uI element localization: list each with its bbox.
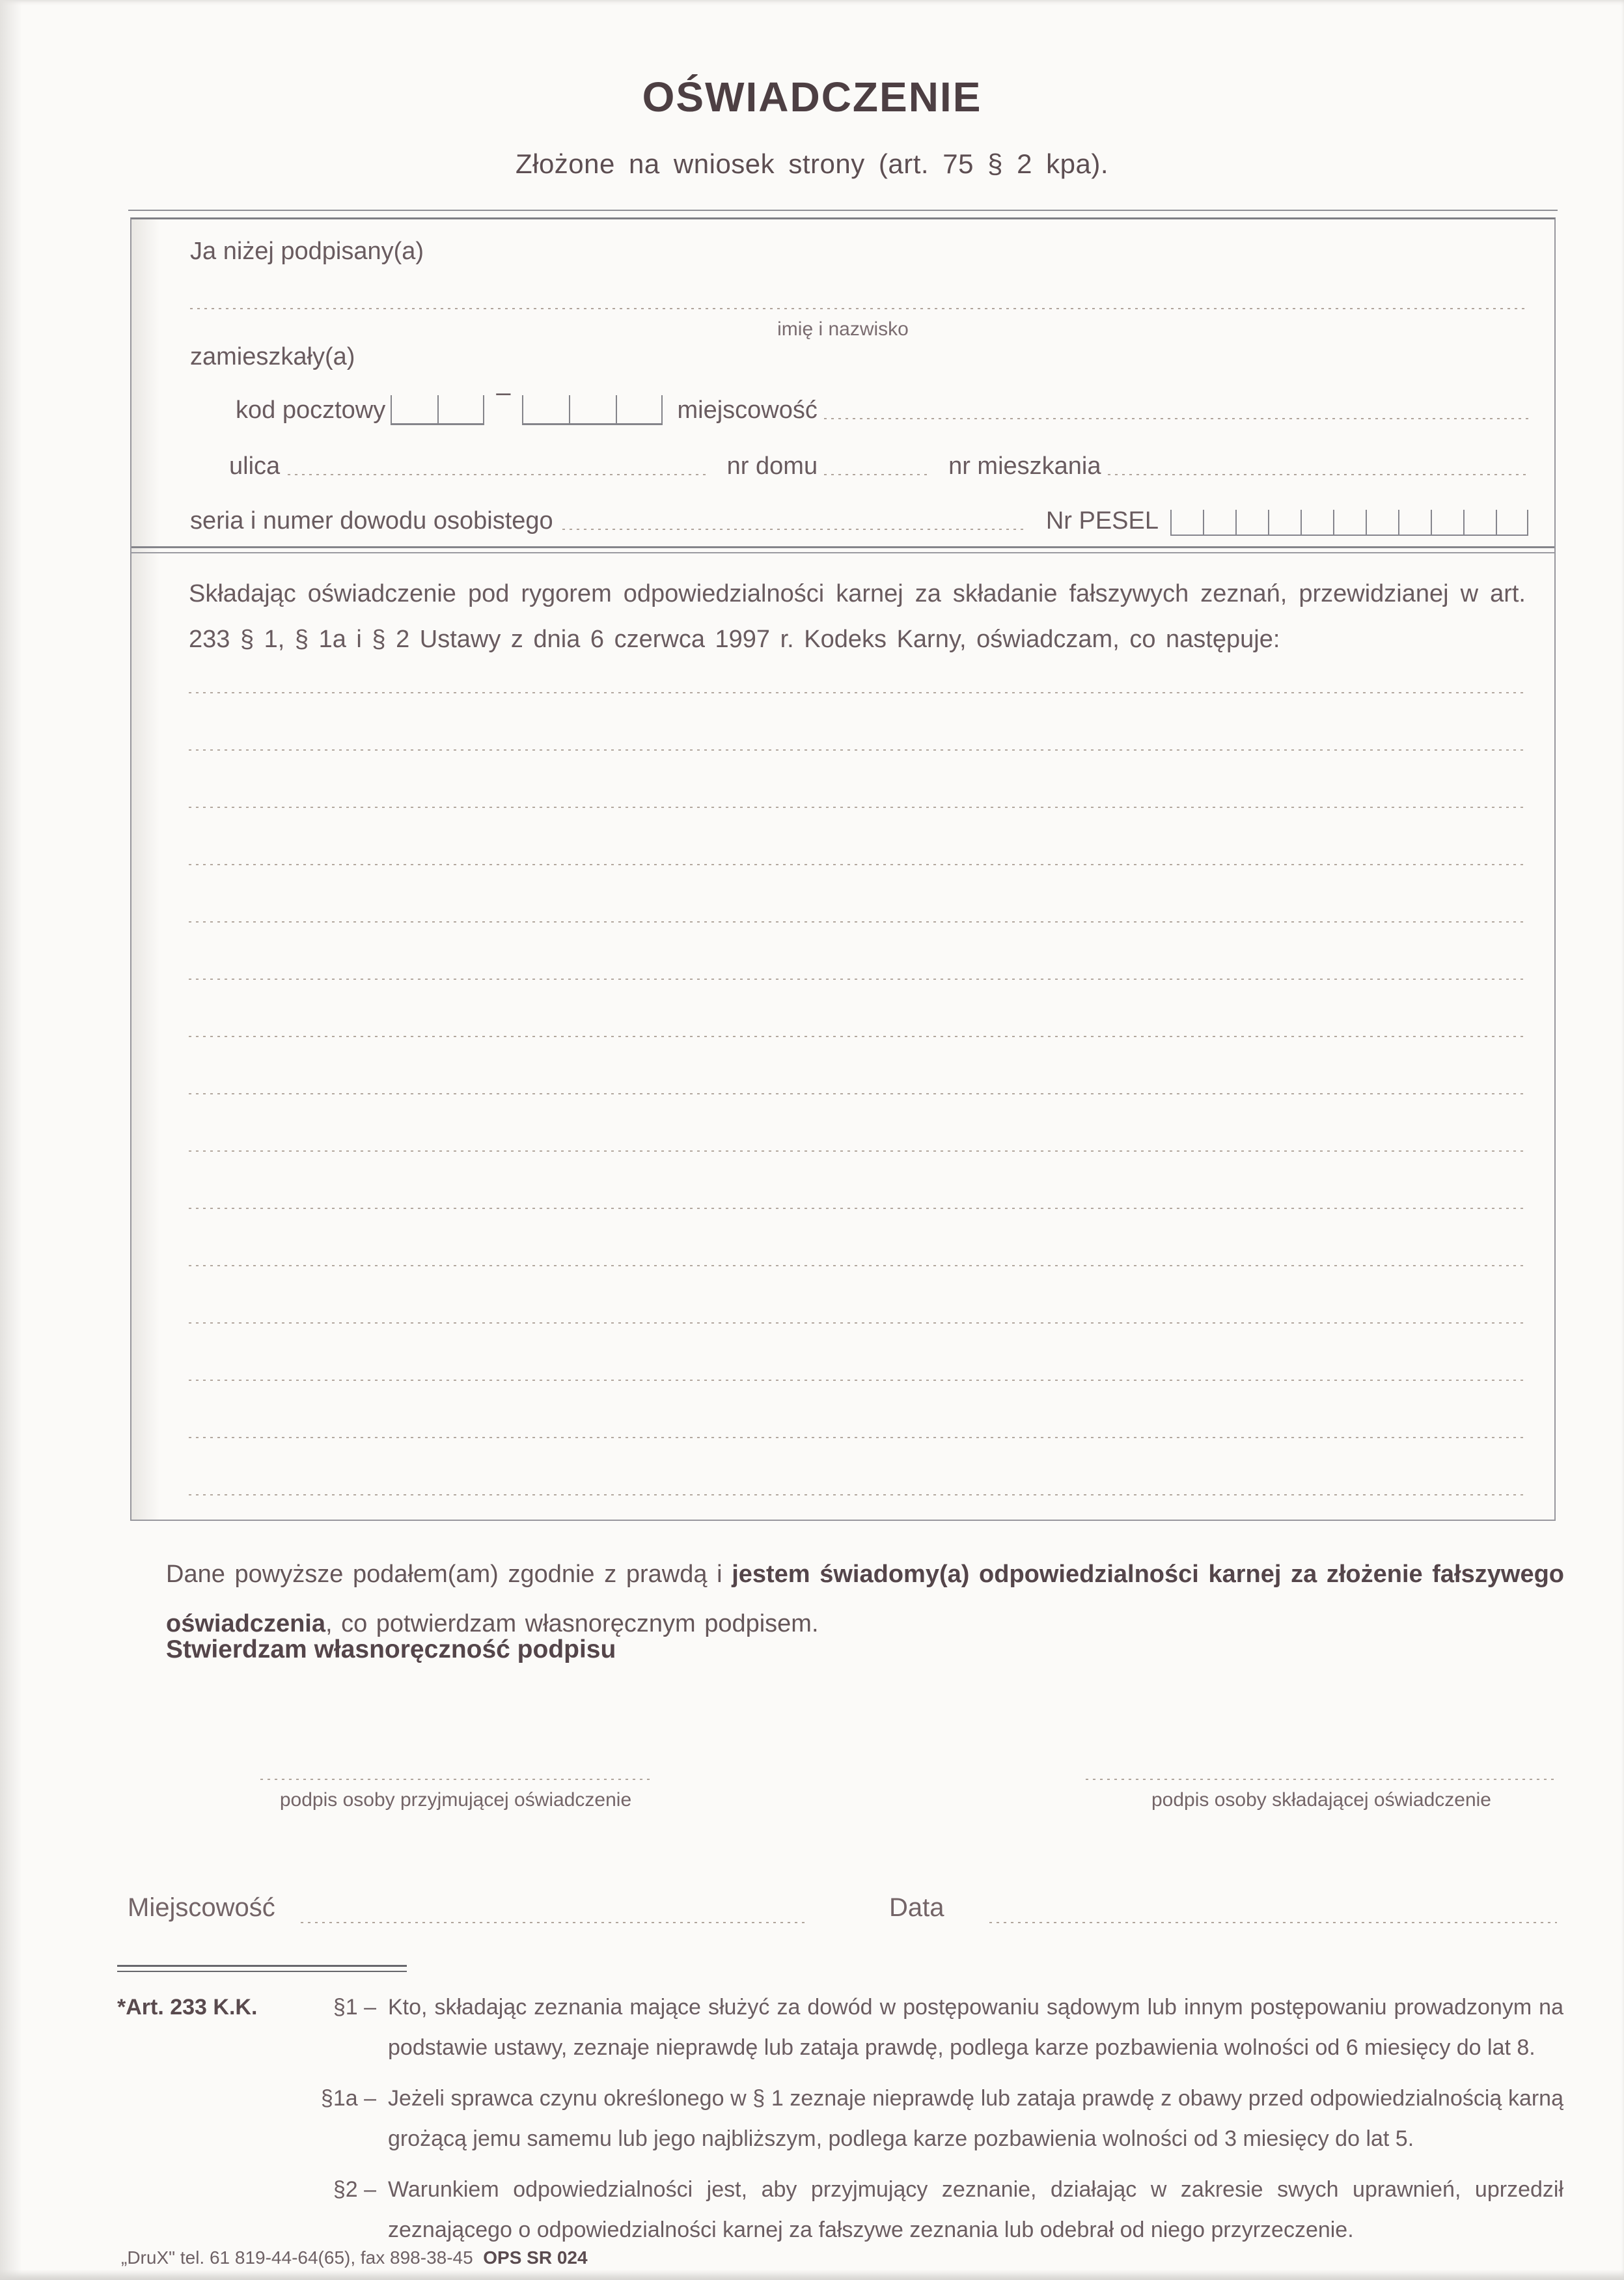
box-top-rule [128,210,1558,211]
city-input-line[interactable] [824,418,1528,419]
id-card-label: seria i numer dowodu osobistego [190,507,553,536]
page-title: OŚWIADCZENIE [0,73,1624,121]
postal-code-row: kod pocztowy – miejscowość [236,380,1528,425]
printer-info: „DruX" tel. 61 819-44-64(65), fax 898-38… [121,2247,473,2268]
digit-cell [1366,510,1398,536]
id-pesel-row: seria i numer dowodu osobistego Nr PESEL [190,507,1528,536]
postal-code-boxes-left[interactable] [391,395,484,425]
digit-cell [522,395,569,425]
form-code: OPS SR 024 [483,2247,587,2268]
signature-line-right[interactable] [1086,1779,1557,1780]
authenticity-heading: Stwierdzam własnoręczność podpisu [166,1635,616,1664]
street-label: ulica [229,452,280,481]
statement-writing-line[interactable] [189,1152,1526,1209]
statement-writing-line[interactable] [189,865,1526,923]
id-card-input-line[interactable] [562,529,1026,530]
statement-writing-area[interactable] [189,636,1526,1495]
statement-writing-line[interactable] [189,923,1526,980]
pesel-boxes[interactable] [1170,510,1528,536]
statement-writing-line[interactable] [189,980,1526,1037]
street-row: ulica nr domu nr mieszkania [229,452,1528,481]
digit-cell [569,395,616,425]
footnote-item: *Art. 233 K.K. §1 – Kto, składając zezna… [117,1987,1563,2068]
digit-cell [1463,510,1496,536]
footnote-item: §1a – Jeżeli sprawca czynu określonego w… [117,2078,1563,2159]
place-input-line[interactable] [301,1922,808,1923]
footnote-text: Jeżeli sprawca czynu określonego w § 1 z… [388,2078,1563,2159]
apartment-no-label: nr mieszkania [948,452,1101,481]
statement-writing-line[interactable] [189,1037,1526,1094]
section-divider-rule [131,546,1554,553]
declarant-intro-label: Ja niżej podpisany(a) [190,238,424,266]
declaration-form-page: OŚWIADCZENIE Złożone na wniosek strony (… [0,0,1624,2280]
postal-code-label: kod pocztowy [236,396,385,425]
house-no-label: nr domu [727,452,818,481]
form-box: Ja niżej podpisany(a) imię i nazwisko za… [130,217,1556,1521]
postal-code-dash: – [496,380,510,406]
statement-writing-line[interactable] [189,693,1526,751]
footnote-ref: §1a – [299,2078,376,2159]
date-label: Data [889,1893,944,1923]
house-no-input-line[interactable] [824,474,931,475]
pesel-label: Nr PESEL [1046,507,1159,536]
place-label: Miejscowość [128,1893,275,1923]
digit-cell [1431,510,1463,536]
confirmation-paragraph: Dane powyższe podałem(am) zgodnie z praw… [166,1550,1564,1648]
digit-cell [616,395,663,425]
statement-writing-line[interactable] [189,1381,1526,1438]
statement-writing-line[interactable] [189,1094,1526,1152]
statement-writing-line[interactable] [189,751,1526,808]
footnote-text: Kto, składając zeznania mające służyć za… [388,1987,1563,2068]
city-label: miejscowość [677,396,817,425]
residence-label: zamieszkały(a) [190,343,355,372]
digit-cell [1170,510,1203,536]
footnote-block: *Art. 233 K.K. §1 – Kto, składając zezna… [117,1987,1563,2260]
statement-writing-line[interactable] [189,1324,1526,1381]
digit-cell [437,395,484,425]
confirmation-text-2: , co potwierdzam własnoręcznym podpisem. [325,1610,819,1637]
statement-writing-line[interactable] [189,1209,1526,1266]
printer-footer: „DruX" tel. 61 819-44-64(65), fax 898-38… [121,2247,588,2268]
digit-cell [1496,510,1528,536]
footnote-ref: §1 – [299,1987,376,2068]
digit-cell [1268,510,1301,536]
signature-line-left[interactable] [260,1779,651,1780]
digit-cell [1333,510,1366,536]
digit-cell [1235,510,1268,536]
footnote-separator-rule [117,1965,407,1972]
statement-writing-line[interactable] [189,808,1526,865]
street-input-line[interactable] [288,474,709,475]
statement-writing-line[interactable] [189,1266,1526,1324]
digit-cell [1301,510,1333,536]
digit-cell [1203,510,1235,536]
postal-code-boxes-right[interactable] [522,395,663,425]
digit-cell [1398,510,1431,536]
confirmation-text-1: Dane powyższe podałem(am) zgodnie z praw… [166,1561,732,1588]
date-input-line[interactable] [989,1922,1557,1923]
name-caption: imię i nazwisko [131,318,1554,341]
page-subtitle: Złożone na wniosek strony (art. 75 § 2 k… [0,148,1624,180]
statement-writing-line[interactable] [189,636,1526,693]
footnote-text: Warunkiem odpowiedzialności jest, aby pr… [388,2169,1563,2250]
digit-cell [391,395,437,425]
name-input-line[interactable] [190,308,1528,309]
signature-caption-right: podpis osoby składającej oświadczenie [1086,1789,1557,1811]
statement-writing-line[interactable] [189,1438,1526,1495]
footnote-ref: §2 – [299,2169,376,2250]
footnote-marker: *Art. 233 K.K. [117,1987,288,2068]
apartment-no-input-line[interactable] [1108,474,1529,475]
signature-caption-left: podpis osoby przyjmującej oświadczenie [260,1789,651,1811]
footnote-item: §2 – Warunkiem odpowiedzialności jest, a… [117,2169,1563,2250]
